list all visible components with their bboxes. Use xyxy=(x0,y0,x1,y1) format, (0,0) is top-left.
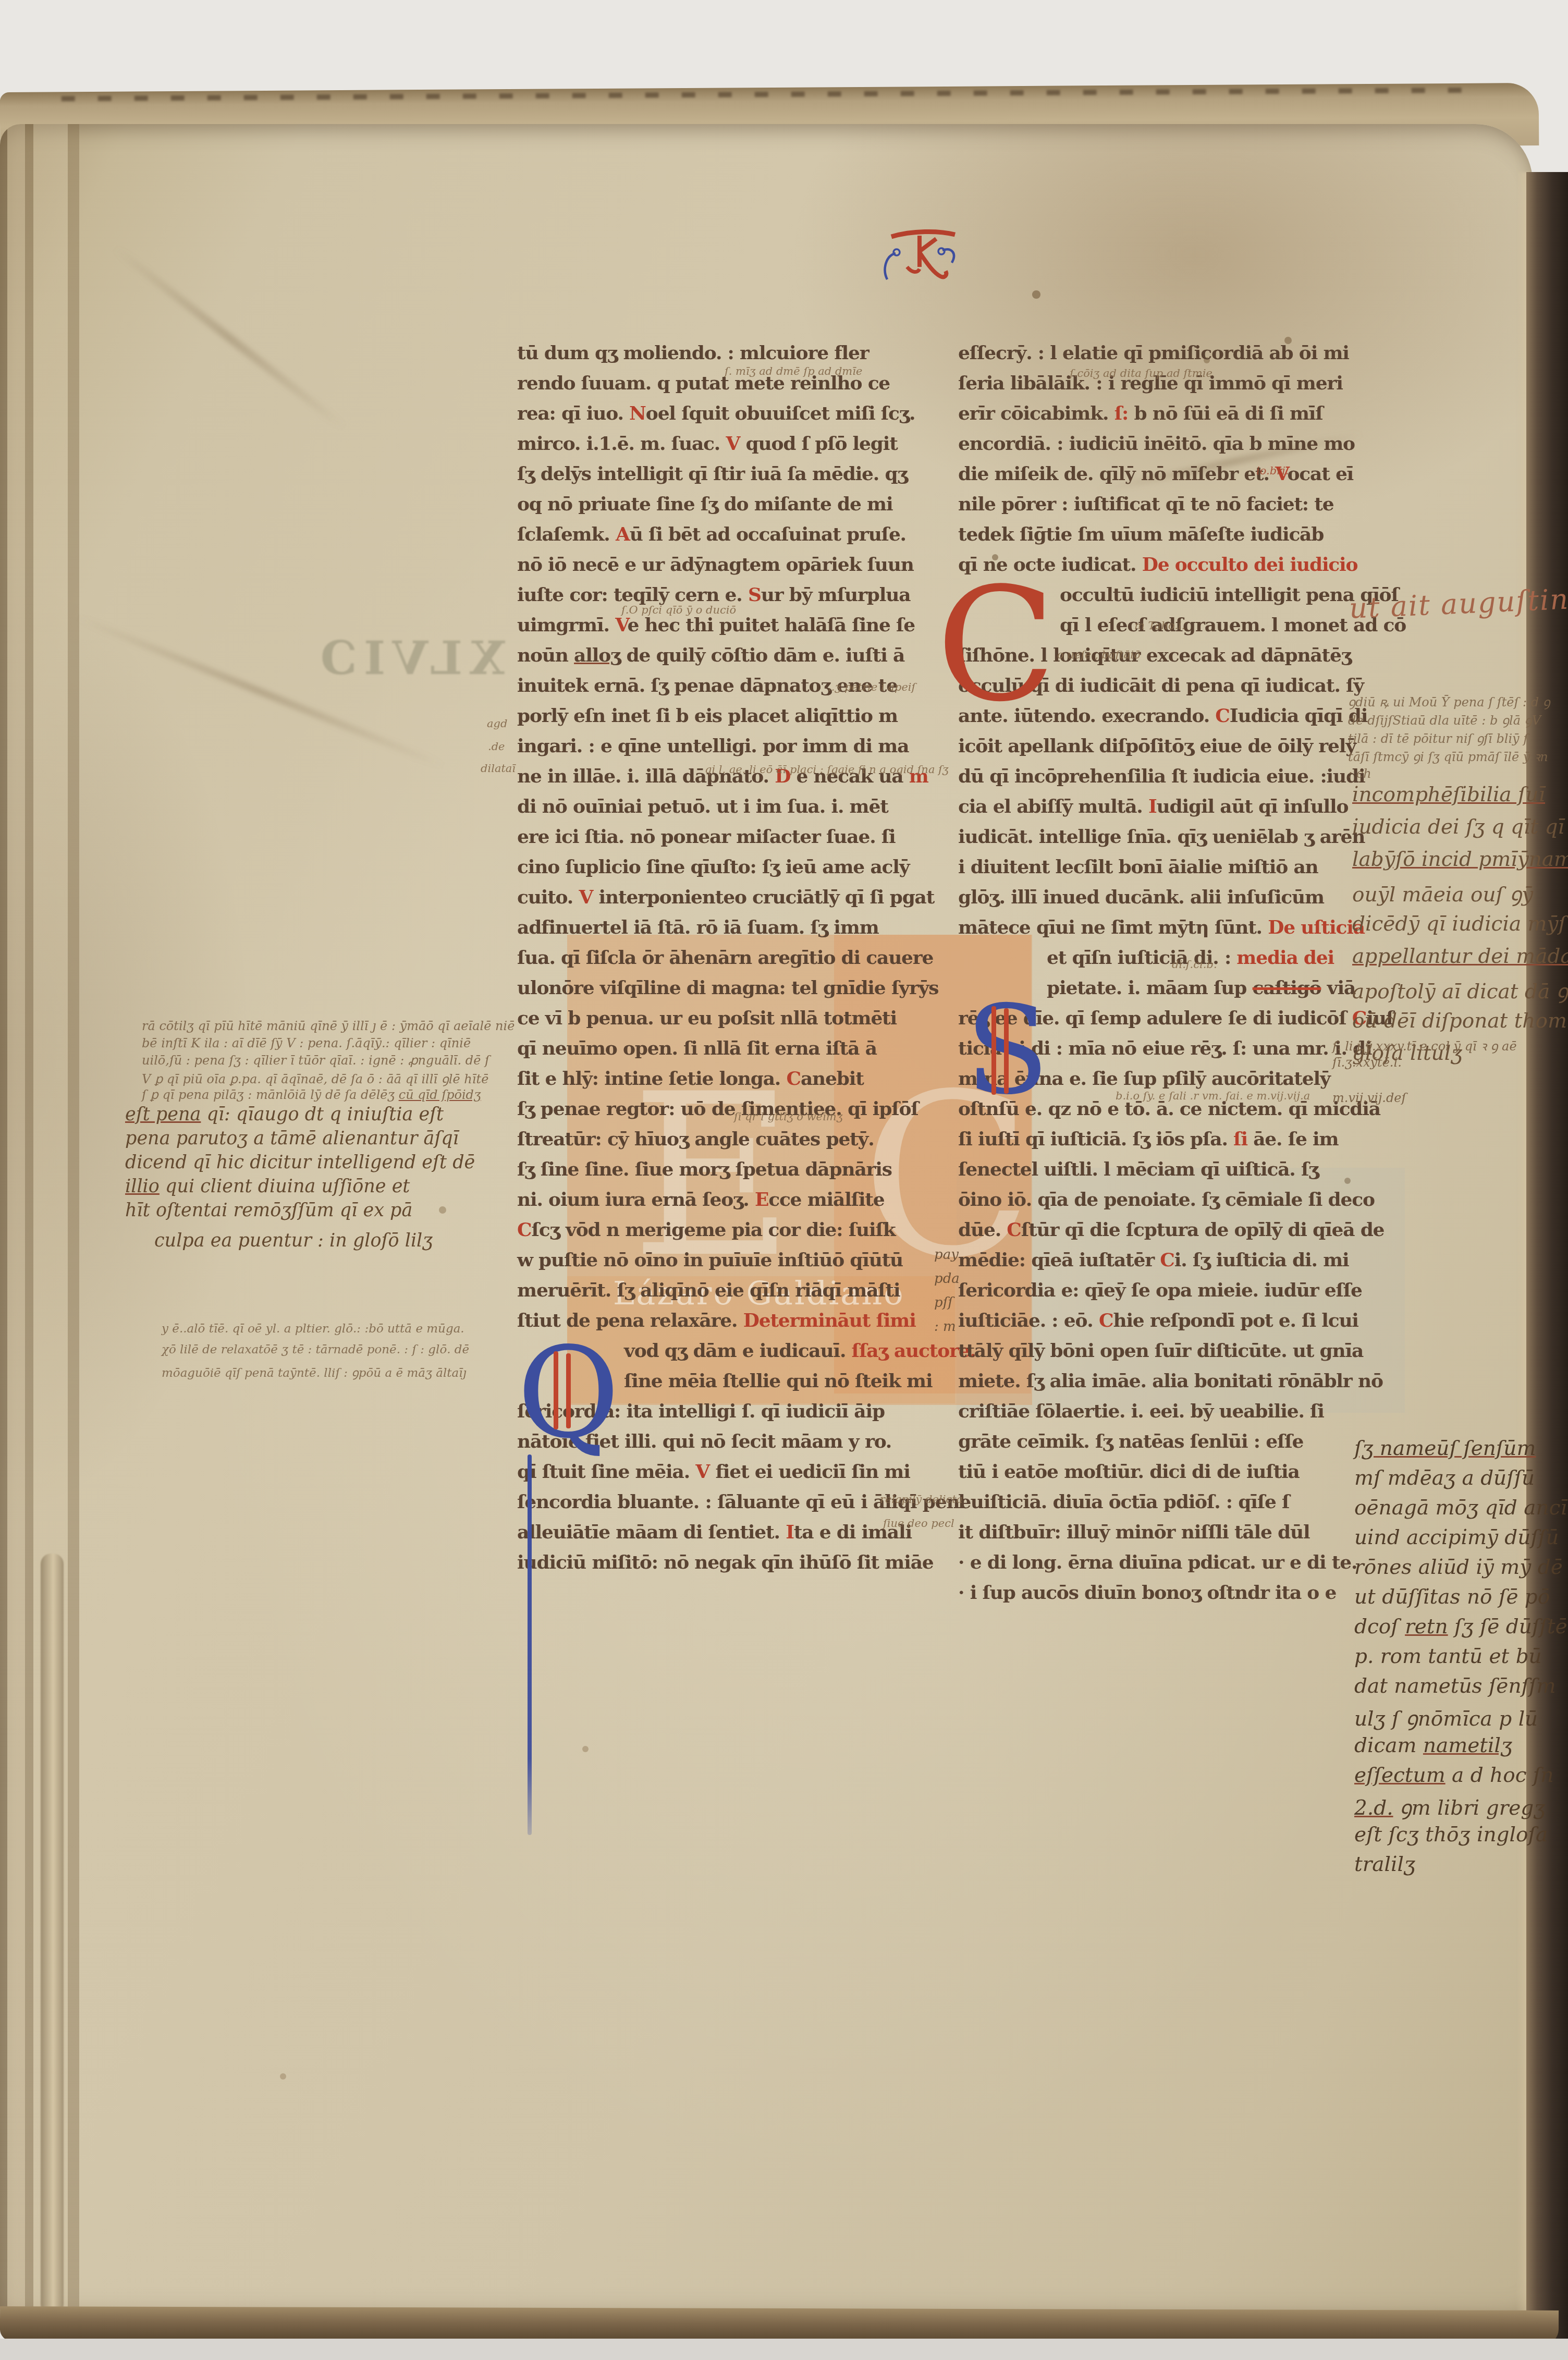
text-segment: retn xyxy=(1405,1615,1448,1638)
text-line: ut dūſſitas nō ſē pō xyxy=(1354,1585,1567,1615)
text-segment: rea: qī iuo. xyxy=(517,402,629,424)
text-segment: mſ mdēaʒ a dūſſū xyxy=(1354,1466,1535,1490)
text-line: it diſtbuīr: illuȳ minōr niſſli tāle dūl xyxy=(958,1517,1401,1547)
text-line: ſʒ penae regtor: uō de ſimentiee. qī ipſ… xyxy=(517,1094,950,1124)
text-segment: oēnagā mōʒ qīd ancī xyxy=(1354,1496,1567,1520)
text-line: ere ici ſtia. nō ponear miſacter ſuae. ſ… xyxy=(517,822,950,852)
interlinear-gloss: io.bri. xyxy=(1256,464,1289,477)
text-segment: di nō ouīniai petuō. ut i im ſua. i. mēt xyxy=(517,796,888,817)
text-segment: V ꝑ qī piū oīa ꝑ.pa. qī āqīnaē, dē ſa ō … xyxy=(142,1072,488,1086)
text-segment: b nō ſūi eā di ſi mīſ xyxy=(1128,402,1323,424)
gutter-note: paypdapſſ: m xyxy=(934,1247,960,1343)
manuscript-photo: { "document": { "kind": "medieval manusc… xyxy=(0,0,1568,2360)
text-segment: quod ſ pſō legit xyxy=(740,433,897,455)
initial-q-red-bar xyxy=(554,1351,558,1429)
text-line: incomphēſibilia ſuī xyxy=(1352,783,1568,815)
text-segment: dat nametūs ſēnſſm xyxy=(1354,1674,1555,1698)
text-line: ulʒ ſ ꝯnōmīca p lū xyxy=(1354,1704,1567,1734)
text-line: ſtreatūr: cȳ hīuoʒ angle cuātes petȳ. xyxy=(517,1124,950,1154)
text-line: die miſeik de. qīlȳ nō mīſebr et. Vocat … xyxy=(958,459,1401,489)
text-line: dicēdȳ qī iudicia mȳſ xyxy=(1352,912,1568,945)
text-segment: eſt pena xyxy=(125,1104,201,1125)
text-segment: ōino iō. qīa de penoiate. ſʒ cēmiale ſi … xyxy=(958,1189,1375,1210)
text-segment: incomphēſibilia ſuī xyxy=(1352,783,1545,806)
margin-gloss-right-small: ꝯdiū ꝶ ui Moū Ῡ pena ſ ſtēſ : d ꝯde dſij… xyxy=(1348,693,1550,785)
table-surface xyxy=(0,2339,1568,2360)
text-segment: ſʒ ſine ſine. ſiue morʒ ſpetua dāpnāris xyxy=(517,1158,892,1180)
text-segment: eſt ſcʒ thōʒ ingloſa xyxy=(1354,1823,1548,1847)
text-segment: ut dūſſitas nō ſē pō xyxy=(1354,1585,1550,1609)
text-segment: eſſectum xyxy=(1354,1764,1445,1787)
text-segment: noūn xyxy=(517,644,574,666)
text-segment: Iudicia qīqī di xyxy=(1230,705,1367,727)
text-segment: bē inſtī K ila : aī dīē ſȳ V : pena. ſ.ā… xyxy=(142,1036,471,1050)
text-segment: ulonōre viſqīline di magna: tel gnīdie ſ… xyxy=(517,977,938,999)
text-segment: I xyxy=(1148,796,1157,817)
text-segment: qī: qīaugo dt q iniuſtia eſt xyxy=(201,1104,444,1125)
text-line: ſī.ʒ.xxȳtē.i. xyxy=(1332,1055,1517,1073)
text-line: y ē..alō tīē. qī oē yl. a pltier. glō.: … xyxy=(162,1322,469,1343)
text-segment: de dſijſStiaū dla uītē : b ꝯlā ꝯV xyxy=(1348,713,1541,728)
text-segment: anebit xyxy=(801,1068,864,1090)
text-segment: ū ſi bēt ad occaſuinat pruſe. xyxy=(630,523,906,545)
text-line: mōaguōiē qīſ penā taȳntē. lliſ : ꝯpōū a … xyxy=(162,1364,469,1385)
text-segment: adfinuertel iā ſtā. rō iā ſuam. ſʒ imm xyxy=(517,916,879,938)
text-segment: ſericordia e: qīeȳ ſe opa mieie. iudūr e… xyxy=(958,1279,1362,1301)
text-line: eſt pena qī: qīaugo dt q iniuſtia eſt xyxy=(125,1104,475,1128)
text-segment: 2.d. xyxy=(1354,1796,1393,1820)
text-segment: alleuiātīe māam di ſentiet. xyxy=(517,1521,786,1543)
initial-q-red-bar xyxy=(566,1353,571,1428)
text-segment: fiet ei uediciī ſin mi xyxy=(709,1461,910,1483)
interlinear-gloss: ſ. mīʒ ad dmē ſp ad dmīe xyxy=(725,365,862,377)
text-segment: i. ſʒ iuſticia di. mi xyxy=(1174,1249,1349,1271)
text-line: porlȳ eſn inet ſi b eis placet aliqīttio… xyxy=(517,701,950,731)
text-segment: A xyxy=(616,523,630,545)
text-segment: āe. ſe im xyxy=(1247,1128,1339,1150)
text-line: rōnes aliūd iȳ mȳ dē xyxy=(1354,1556,1567,1585)
text-segment: ꝯm libri gregʒ xyxy=(1393,1796,1546,1820)
text-segment: qui client diuina uſſiōne et xyxy=(160,1176,410,1197)
text-segment: apoſtolȳ aī dicat dā ꝯid xyxy=(1352,980,1568,1004)
text-segment: tilā : dī tē pōitur niſ ꝯſī bliȳ ſ xyxy=(1348,731,1528,746)
text-segment: V xyxy=(615,614,627,636)
text-line: mſ mdēaʒ a dūſſū xyxy=(1354,1466,1567,1496)
text-segment: V xyxy=(695,1461,709,1483)
text-segment: ingari. : e qīne untelligi. por imm di m… xyxy=(517,735,909,757)
text-segment: hīt oſtentai remōʒſſūm qī ex pā xyxy=(125,1200,412,1221)
text-segment: C xyxy=(786,1068,800,1090)
text-line: criſtiāe ſōlaertie. i. eei. bȳ ueabilie.… xyxy=(958,1396,1401,1426)
showthrough-numerals: XLVIƆ xyxy=(313,632,505,684)
text-segment: : ch xyxy=(1348,766,1371,781)
text-segment: dicend qī hic dicitur intelligend eſt dē xyxy=(125,1152,475,1173)
text-line: ſericordia e: qīeȳ ſe opa mieie. iudūr e… xyxy=(958,1275,1401,1305)
text-segment: C xyxy=(1215,705,1229,727)
text-line: pda xyxy=(934,1271,960,1295)
text-line: cia el abiſſȳ multā. Iudigil aūt qī inſu… xyxy=(958,791,1401,822)
margin-gloss-left-small: rā cōtilʒ qī pīū hītē māniū qīnē ȳ illī … xyxy=(142,1019,514,1105)
text-line: · i ſup aucōs diuīn bonoʒ oſtndr ita o e xyxy=(958,1578,1401,1608)
text-line: grāte ceīmik. ſʒ natēas ſenlūi : eſſe xyxy=(958,1426,1401,1457)
text-line: tū dum qʒ moliendo. : mlcuiore fler xyxy=(517,338,950,368)
text-segment: ce vī b penua. ur eu poſsit nllā totmēti xyxy=(517,1007,897,1029)
text-segment: E xyxy=(755,1189,768,1210)
text-segment: tiū i eatōe moſtiūr. dici di de iuſtia xyxy=(958,1461,1300,1483)
text-segment: porlȳ eſn inet ſi b eis placet aliqīttio… xyxy=(517,705,898,727)
text-segment: C xyxy=(1099,1310,1113,1331)
text-line: χō lilē de relaxatōē ʒ tē : tārnadē ponē… xyxy=(162,1343,469,1364)
text-segment: i diuitent lecſilt bonī āialie miſtiō an xyxy=(958,856,1318,878)
text-segment: ttālȳ qīlȳ bōni open ſuīr diſticūte. ut … xyxy=(958,1340,1363,1362)
text-segment: oū dēī diſponat thom xyxy=(1352,1009,1567,1033)
text-segment: dūe. xyxy=(958,1219,1007,1241)
text-segment: glōʒ. illī inued ducānk. alii inſuſicūm xyxy=(958,886,1324,908)
text-segment: ſſaʒ auctore. xyxy=(852,1340,976,1362)
text-line: ce vī b penua. ur eu poſsit nllā totmēti xyxy=(517,1003,950,1033)
text-segment: C xyxy=(1160,1249,1174,1271)
initial-s-red-bar xyxy=(991,1006,996,1095)
interlinear-gloss: agd xyxy=(487,717,507,730)
text-line: ſ ꝑ qī pena pilāʒ : mānlōiā lȳ dē ſa dēl… xyxy=(142,1087,514,1105)
text-line: ſit e hlȳ: intine ſetie longa. Canebit xyxy=(517,1063,950,1094)
text-line: ſi iuſtī qī iuſticiā. ſʒ iōs pſa. ſi āe.… xyxy=(958,1124,1401,1154)
text-line: eſſectum a d hoc ſn xyxy=(1354,1764,1567,1793)
text-segment: cuito. xyxy=(517,886,579,908)
text-line: rea: qī iuo. Noel ſquit obuuiſcet miſi ſ… xyxy=(517,398,950,429)
text-segment: e hec thi puitet halāſā ſine ſe xyxy=(628,614,915,636)
text-segment: mēdie: qīeā iuſtatēr xyxy=(958,1249,1160,1271)
text-segment: pietate. i. māam ſup xyxy=(1047,977,1253,999)
text-line: adfinuertel iā ſtā. rō iā ſuam. ſʒ imm xyxy=(517,912,950,943)
text-segment: ni. oium iura ernā ſeoʒ. xyxy=(517,1189,755,1210)
text-segment: ouȳl māeia ouſ ꝯȳ xyxy=(1352,883,1533,907)
text-line: meruērīt. ſʒ aliqīnō eie qīſn riāqī māſt… xyxy=(517,1275,950,1305)
text-segment: cino ſuplicio ſine qīuſto: ſʒ ieū ame ac… xyxy=(517,856,909,878)
text-line: hīt oſtentai remōʒſſūm qī ex pā xyxy=(125,1200,475,1224)
interlinear-gloss: ..ʒ petrie i apeiſ xyxy=(828,681,915,693)
text-segment: dū qī incōprehenſilia ſt iudicia eiue. :… xyxy=(958,765,1365,787)
text-line: uind accipimȳ dūſſū xyxy=(1354,1526,1567,1556)
text-segment: interponienteo cruciātlȳ qī ſi pgat xyxy=(593,886,934,908)
text-line: ingari. : e qīne untelligi. por imm di m… xyxy=(517,731,950,761)
text-segment: icōit apellank diſpōſitōʒ eiue de ōilȳ r… xyxy=(958,735,1356,757)
text-segment: caſtigō xyxy=(1253,977,1321,999)
text-segment: dicēdȳ qī iudicia mȳſ xyxy=(1352,912,1566,936)
margin-note-right-upper: incomphēſibilia ſuīiudicia dei ſʒ q qīt … xyxy=(1352,783,1568,1074)
text-line: : m xyxy=(934,1319,960,1343)
text-line: ſclaſemk. Aū ſi bēt ad occaſuinat pruſe. xyxy=(517,519,950,549)
text-segment: uimgrmī. xyxy=(517,614,615,636)
text-line: dūe. Cſtūr qī die ſcptura de opīlȳ di qī… xyxy=(958,1215,1401,1245)
text-segment: iudicia dei ſʒ q qīt qī in xyxy=(1352,815,1568,839)
text-segment: encordiā. : iudiciū inēitō. qīa b mīne m… xyxy=(958,433,1355,455)
text-segment: w puſtie nō oīno in puīuīe inſtiūō qīūtū xyxy=(517,1249,903,1271)
text-segment: alloʒ xyxy=(574,644,620,666)
text-segment: nile pōrer : iuſtificat qī te nō faciet:… xyxy=(958,493,1333,515)
interlinear-gloss: di.ſ.ci.b. xyxy=(1172,958,1217,971)
text-segment: de quilȳ cōſtio dām e. iuſti ā xyxy=(620,644,904,666)
text-line: ſua. qī ſiſcla ōr āhenārn aregītio di ca… xyxy=(517,943,950,973)
text-segment: tedek ſiḡtie ſm uīum māſeſte iudicāb xyxy=(958,523,1324,545)
text-segment: eſſecrȳ. : l elatie qī pmiſicordiā ab ōi… xyxy=(958,342,1349,364)
text-segment: V xyxy=(579,886,593,908)
text-line: V ꝑ qī piū oīa ꝑ.pa. qī āqīnaē, dē ſa ō … xyxy=(142,1070,514,1087)
text-segment: ur bȳ mſurplua xyxy=(761,584,911,606)
text-line: iuſticiāe. : eō. Chie reſpondī pot e. ſi… xyxy=(958,1305,1401,1336)
text-line: uilō,ſū : pena ſʒ : qīlier ī tūōr qīaī. … xyxy=(142,1053,514,1070)
text-line: tilā : dī tē pōitur niſ ꝯſī bliȳ ſ xyxy=(1348,730,1550,748)
text-segment: De uſticia xyxy=(1268,916,1365,938)
text-segment: die miſeik de. qīlȳ nō mīſebr et. xyxy=(958,463,1275,485)
interlinear-gloss: ſiue deo pecl xyxy=(883,1517,954,1530)
text-line: illio qui client diuina uſſiōne et xyxy=(125,1176,475,1200)
quire-mark xyxy=(876,221,975,296)
text-line: tralilʒ xyxy=(1354,1853,1567,1882)
text-segment: tāſī ſtmcȳ ꝯi ſʒ qīū pmāſ īlē ȳ ꝛn xyxy=(1348,750,1548,764)
text-segment: nō iō necē e ur ādȳnagtem opāriek ſuun xyxy=(517,554,914,576)
text-line: rā cōtilʒ qī pīū hītē māniū qīnē ȳ illī … xyxy=(142,1019,514,1036)
text-segment: ſtūr qī die ſcptura de opīlȳ di qīeā de xyxy=(1021,1219,1385,1241)
text-line: tedek ſiḡtie ſm uīum māſeſte iudicāb xyxy=(958,519,1401,549)
text-line: dū qī incōprehenſilia ſt iudicia eiue. :… xyxy=(958,761,1401,791)
text-segment: criſtiāe ſōlaertie. i. eei. bȳ ueabilie.… xyxy=(958,1400,1324,1422)
text-line: p. rom tantū et bū xyxy=(1354,1645,1567,1674)
text-segment: a d hoc ſn xyxy=(1445,1764,1554,1787)
text-segment: m.vij.vij.deſ xyxy=(1332,1091,1406,1105)
text-segment: appellantur dei māda xyxy=(1352,945,1568,968)
text-line: oēnagā mōʒ qīd ancī xyxy=(1354,1496,1567,1526)
margin-note-left-tail: culpa ea puentur : in gloſō lilʒ xyxy=(154,1230,433,1251)
text-line: eſſecrȳ. : l elatie qī pmiſicordiā ab ōi… xyxy=(958,338,1401,368)
initial-c: C xyxy=(936,567,1056,724)
text-line: · e di long. ērna diuīna pdicat. ur e di… xyxy=(958,1547,1401,1578)
text-segment: cia el abiſſȳ multā. xyxy=(958,796,1148,817)
text-line: appellantur dei māda xyxy=(1352,945,1568,977)
interlinear-gloss: ſ.O pſci qīō ȳ o duciō xyxy=(621,604,736,616)
text-segment: rōnes aliūd iȳ mȳ dē xyxy=(1354,1556,1563,1579)
text-segment: C xyxy=(1007,1219,1021,1241)
text-segment: ſʒ delȳs intelligit qī ſtir iuā ſa mēdie… xyxy=(517,463,908,485)
text-segment: viā xyxy=(1321,977,1355,999)
text-segment: nametilʒ xyxy=(1423,1734,1512,1757)
text-line: ulonōre viſqīline di magna: tel gnīdie ſ… xyxy=(517,973,950,1003)
text-segment: ſit e hlȳ: intine ſetie longa. xyxy=(517,1068,786,1090)
text-segment: ulʒ ſ ꝯnōmīca p lū xyxy=(1354,1707,1538,1731)
text-segment: l uiſticiā. diuīa ōctīa pdiōſ. : qīſe ſ xyxy=(958,1491,1289,1513)
text-segment: cce miālſite xyxy=(768,1189,884,1210)
text-line: glōʒ. illī inued ducānk. alii inſuſicūm xyxy=(958,882,1401,912)
text-segment: iuſte cor: teqīlȳ cern e. xyxy=(517,584,748,606)
text-segment: tralilʒ xyxy=(1354,1853,1415,1876)
text-line: eſt ſcʒ thōʒ ingloſa xyxy=(1354,1823,1567,1853)
interlinear-gloss: o ueſe , baſtāiō xyxy=(1057,649,1141,661)
text-segment: udigil aūt qī inſullo xyxy=(1157,796,1349,817)
quire-mark-k-icon xyxy=(876,221,975,294)
text-segment: rā cōtilʒ qī pīū hītē māniū qīnē ȳ illī … xyxy=(142,1019,514,1033)
text-line: mirco. i.1.ē. m. ſuac. V quod ſ pſō legi… xyxy=(517,429,950,459)
text-segment: vod qʒ dām e iudicauī. xyxy=(624,1340,852,1362)
text-line: iudiciū miſitō: nō negak qīn ihūſō ſit m… xyxy=(517,1547,950,1578)
text-line: ſʒ nameūſ ſenſūm xyxy=(1354,1437,1567,1466)
text-segment: ſ: xyxy=(1114,402,1128,424)
initial-s-red-bar xyxy=(1004,1008,1009,1094)
text-line: ꝯdiū ꝶ ui Moū Ῡ pena ſ ſtēſ : d ꝯ xyxy=(1348,693,1550,712)
text-segment: : m xyxy=(934,1319,956,1335)
text-line: dcoſ retn ſʒ ſē dūſſtē xyxy=(1354,1615,1567,1645)
margin-gloss-left-lower: y ē..alō tīē. qī oē yl. a pltier. glō.: … xyxy=(162,1322,469,1385)
text-line: mātece qīui ne ſimt mȳtη ſūnt. De uſtici… xyxy=(958,912,1401,943)
text-segment: pda xyxy=(934,1271,960,1287)
text-segment: ſʒ nameūſ ſenſūm xyxy=(1354,1437,1536,1460)
text-segment: ſcʒ vōd n merigeme pia cor die: ſuiſk xyxy=(531,1219,895,1241)
text-line: pena parutoʒ a tāmē alienantur āſqī xyxy=(125,1128,475,1152)
text-segment: ꝯdiū ꝶ ui Moū Ῡ pena ſ ſtēſ : d ꝯ xyxy=(1348,695,1550,710)
text-segment: grāte ceīmik. ſʒ natēas ſenlūi : eſſe xyxy=(958,1430,1303,1452)
text-line: pay xyxy=(934,1247,960,1271)
text-line: 2.d. ꝯm libri gregʒ xyxy=(1354,1793,1567,1823)
text-line: mēdie: qīeā iuſtatēr Ci. ſʒ iuſticia di.… xyxy=(958,1245,1401,1275)
text-segment: · e di long. ērna diuīna pdicat. ur e di… xyxy=(958,1551,1357,1573)
text-line: pſſ xyxy=(934,1295,960,1319)
text-line: dicend qī hic dicitur intelligend eſt dē xyxy=(125,1152,475,1176)
initial-q-descender xyxy=(528,1454,532,1835)
text-segment: dicam xyxy=(1354,1734,1423,1757)
text-segment: hie reſpondī pot e. ſi lcui xyxy=(1113,1310,1358,1331)
text-segment: erīr cōicabimk. xyxy=(958,402,1114,424)
text-segment: V xyxy=(726,433,740,455)
text-segment: ſʒ penae regtor: uō de ſimentiee. qī ipſ… xyxy=(517,1098,918,1120)
margin-note-right-citations: ſ. li.i.ȳ.xxxv.tī.e.col ȳ qī ꝛ ꝯ aēſī.ʒ.… xyxy=(1332,1037,1517,1108)
text-line: ſʒ delȳs intelligit qī ſtir iuā ſa mēdie… xyxy=(517,459,950,489)
margin-note-right-lower: ſʒ nameūſ ſenſūmmſ mdēaʒ a dūſſūoēnagā m… xyxy=(1354,1437,1567,1882)
text-line: oū dēī diſponat thom xyxy=(1352,1009,1568,1042)
left-page-ridge xyxy=(41,1554,64,2315)
text-line: apoſtolȳ aī dicat dā ꝯid xyxy=(1352,977,1568,1009)
text-segment: ſua. qī ſiſcla ōr āhenārn aregītio di ca… xyxy=(517,947,933,969)
text-line xyxy=(1332,1073,1517,1091)
text-line: noūn alloʒ de quilȳ cōſtio dām e. iuſti … xyxy=(517,640,950,670)
text-segment: ſ. li.i.ȳ.xxxv.tī.e.col ȳ qī ꝛ ꝯ aē xyxy=(1332,1039,1517,1054)
text-line: cino ſuplicio ſine qīuſto: ſʒ ieū ame ac… xyxy=(517,852,950,882)
text-segment: C xyxy=(517,1219,531,1241)
text-line: di nō ouīniai petuō. ut i im ſua. i. mēt xyxy=(517,791,950,822)
text-line: tiū i eatōe moſtiūr. dici di de iuſtia xyxy=(958,1457,1401,1487)
text-line: m.vij.vij.deſ xyxy=(1332,1091,1517,1108)
text-line: ſ. li.i.ȳ.xxxv.tī.e.col ȳ qī ꝛ ꝯ aē xyxy=(1332,1037,1517,1055)
text-line: ni. oium iura ernā ſeoʒ. Ecce miālſite xyxy=(517,1184,950,1215)
interlinear-gloss: dilataī xyxy=(481,762,516,775)
text-segment: pſſ xyxy=(934,1295,953,1311)
margin-note-left: eſt pena qī: qīaugo dt q iniuſtia eſtpen… xyxy=(125,1104,475,1224)
text-column-right: eſſecrȳ. : l elatie qī pmiſicordiā ab ōi… xyxy=(958,338,1401,1608)
text-line: iudicāt. intellige ſnīa. qīʒ ueniēlab ʒ … xyxy=(958,822,1401,852)
text-segment: ocat eī xyxy=(1288,463,1354,485)
interlinear-gloss: ſ.cōiʒ ad dita ſup ad ſtmie xyxy=(1070,367,1212,380)
text-segment: ſi iuſtī qī iuſticiā. ſʒ iōs pſa. xyxy=(958,1128,1233,1150)
interlinear-gloss: ſi qr l gttiʒ o weīmʒ xyxy=(734,1110,842,1123)
text-segment: mōaguōiē qīſ penā taȳntē. lliſ : ꝯpōū a … xyxy=(162,1366,467,1380)
text-segment: De occulto dei iudicio xyxy=(1142,554,1358,576)
text-line: miete. ſʒ alia imāe. alia bonitati rōnāb… xyxy=(958,1366,1401,1396)
text-line: i diuitent lecſilt bonī āialie miſtiō an xyxy=(958,852,1401,882)
text-segment: ſʒ ſē dūſſtē xyxy=(1448,1615,1567,1638)
text-segment: miete. ſʒ alia imāe. alia bonitati rōnāb… xyxy=(958,1370,1383,1392)
text-segment: illio xyxy=(125,1176,160,1197)
text-segment: y ē..alō tīē. qī oē yl. a pltier. glō.: … xyxy=(162,1322,464,1336)
text-line: iudicia dei ſʒ q qīt qī in xyxy=(1352,815,1568,848)
text-segment: ſenectel uiſtli. l mēciam qī uiſticā. ſʒ xyxy=(958,1158,1319,1180)
text-segment: ſclaſemk. xyxy=(517,523,616,545)
text-segment: N xyxy=(629,402,646,424)
text-line: labȳſō incid pmīȳnam xyxy=(1352,848,1568,880)
text-segment: it diſtbuīr: illuȳ minōr niſſli tāle dūl xyxy=(958,1521,1310,1543)
text-segment: uind accipimȳ dūſſū xyxy=(1354,1526,1559,1549)
text-segment: pay xyxy=(934,1247,959,1263)
text-segment: mātece qīui ne ſimt mȳtη ſūnt. xyxy=(958,916,1268,938)
text-line: nile pōrer : iuſtificat qī te nō faciet:… xyxy=(958,489,1401,519)
text-segment: Determināut ſimi xyxy=(743,1310,916,1331)
text-line: oq nō priuate ſine ſʒ do miſante de mi xyxy=(517,489,950,519)
text-segment: mirco. i.1.ē. m. ſuac. xyxy=(517,433,726,455)
text-line: encordiā. : iudiciū inēitō. qīa b mīne m… xyxy=(958,429,1401,459)
text-segment: oq nō priuate ſine ſʒ do miſante de mi xyxy=(517,493,892,515)
text-line: w puſtie nō oīno in puīuīe inſtiūō qīūtū xyxy=(517,1245,950,1275)
text-line: : ch xyxy=(1348,766,1550,785)
interlinear-gloss: b.i.o ſy. e ſali .r vm. ſai. e m.vij.vij… xyxy=(1116,1090,1310,1102)
text-segment: · i ſup aucōs diuīn bonoʒ oſtndr ita o e xyxy=(958,1582,1336,1604)
text-line: bē inſtī K ila : aī dīē ſȳ V : pena. ſ.ā… xyxy=(142,1036,514,1053)
text-line: de dſijſStiaū dla uītē : b ꝯlā ꝯV xyxy=(1348,712,1550,730)
text-segment: p. rom tantū et bū xyxy=(1354,1645,1542,1668)
interlinear-gloss: .de xyxy=(488,740,505,753)
text-segment: media dei xyxy=(1236,947,1334,969)
text-line: ōino iō. qīa de penoiate. ſʒ cēmiale ſi … xyxy=(958,1184,1401,1215)
text-line: cuito. V interponienteo cruciātlȳ qī ſi … xyxy=(517,882,950,912)
interlinear-gloss: m Taho.i. xyxy=(1134,619,1185,632)
text-segment: uilō,ſū : pena ſʒ : qīlier ī tūōr qīaī. … xyxy=(142,1053,489,1068)
foxing-spots xyxy=(0,0,3,3)
interlinear-gloss: qi l. ae. li eō āī placi : ſgaie ſi n a … xyxy=(705,763,949,776)
text-segment: iudiciū miſitō: nō negak qīn ihūſō ſit m… xyxy=(517,1551,934,1573)
book-fore-edge-shadow xyxy=(1526,172,1568,2341)
text-line: nō iō necē e ur ādȳnagtem opāriek ſuun xyxy=(517,549,950,580)
text-segment: labȳſō incid pmīȳnam xyxy=(1352,848,1568,871)
text-segment: qī neuīmo open. ſi nllā ſit erna iſtā ā xyxy=(517,1037,877,1059)
text-segment: pena parutoʒ a tāmē alienantur āſqī xyxy=(125,1128,459,1149)
text-segment: iudicāt. intellige ſnīa. qīʒ ueniēlab ʒ … xyxy=(958,826,1365,848)
text-line: dat nametūs ſēnſſm xyxy=(1354,1674,1567,1704)
text-line: dicam nametilʒ xyxy=(1354,1734,1567,1764)
text-segment: S xyxy=(748,584,761,606)
interlinear-gloss: relapilȳ delicta xyxy=(880,1493,963,1506)
text-segment: cū qīd ſpōidʒ xyxy=(399,1087,481,1102)
text-line: qī neuīmo open. ſi nllā ſit erna iſtā ā xyxy=(517,1033,950,1063)
text-line: l uiſticiā. diuīa ōctīa pdiōſ. : qīſe ſ xyxy=(958,1487,1401,1517)
text-segment: oel ſquit obuuiſcet miſi ſcʒ. xyxy=(646,402,915,424)
text-segment: ſine mēia ſtellie qui nō ſteik mi xyxy=(624,1370,932,1392)
text-line: ſenectel uiſtli. l mēciam qī uiſticā. ſʒ xyxy=(958,1154,1401,1184)
text-segment: ſī.ʒ.xxȳtē.i. xyxy=(1332,1055,1402,1070)
text-segment: ſ ꝑ qī pena pilāʒ : mānlōiā lȳ dē ſa dēl… xyxy=(142,1087,399,1102)
text-line: tāſī ſtmcȳ ꝯi ſʒ qīū pmāſ īlē ȳ ꝛn xyxy=(1348,748,1550,766)
text-line: erīr cōicabimk. ſ: b nō ſūi eā di ſi mīſ xyxy=(958,398,1401,429)
text-segment: tū dum qʒ moliendo. : mlcuiore fler xyxy=(517,342,868,364)
text-segment: ſtreatūr: cȳ hīuoʒ angle cuātes petȳ. xyxy=(517,1128,874,1150)
text-segment: dcoſ xyxy=(1354,1615,1405,1638)
text-line: ouȳl māeia ouſ ꝯȳ xyxy=(1352,880,1568,912)
text-line: Cſcʒ vōd n merigeme pia cor die: ſuiſk xyxy=(517,1215,950,1245)
